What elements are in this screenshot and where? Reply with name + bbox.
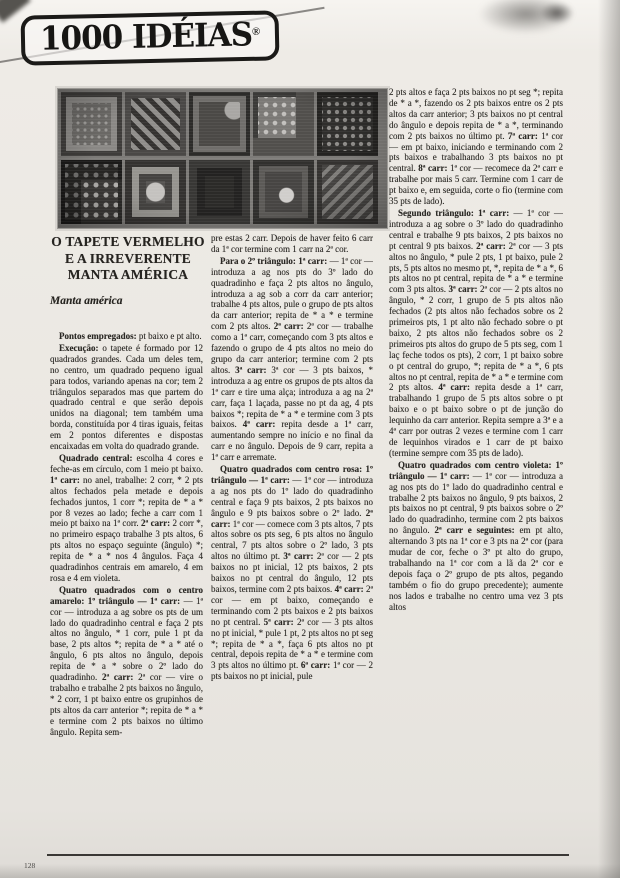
quilt-patch [189, 160, 250, 224]
quilt-patch [125, 160, 186, 224]
quilt-patch [317, 160, 378, 224]
text-column-3: 2 pts altos e faça 2 pts baixos no pt se… [389, 87, 563, 858]
paragraph: pre estas 2 carr. Depois de haver feito … [211, 233, 373, 255]
text-column-2: pre estas 2 carr. Depois de haver feito … [211, 233, 373, 858]
quilt-patch [253, 160, 314, 224]
registered-mark: ® [252, 26, 260, 38]
quilt-patch [61, 160, 122, 224]
scanned-page: 1000 IDÉIAS® O TAPETE VERMELHO E A IRREV… [0, 0, 620, 878]
bottom-rule [47, 854, 569, 856]
page-edge-shadow-bottom [0, 864, 620, 878]
paragraph: Para o 2º triângulo: 1ª carr: — 1ª cor —… [211, 256, 373, 463]
paragraph: Quatro quadrados com o centro amarelo: 1… [50, 585, 203, 738]
text-column-1: Pontos empregados: pt baixo e pt alto.Ex… [50, 331, 203, 858]
paragraph: Quatro quadrados com centro rosa: 1º tri… [211, 464, 373, 682]
rug-photo [57, 88, 388, 229]
paragraph: Quatro quadrados com centro violeta: 1º … [389, 460, 563, 613]
paragraph: Quadrado central: escolha 4 cores e fech… [50, 453, 203, 584]
quilt-patch [253, 92, 314, 156]
scan-smudge-dark [540, 2, 574, 24]
paragraph: Pontos empregados: pt baixo e pt alto. [50, 331, 203, 342]
magazine-logo-text: 1000 IDÉIAS [40, 16, 253, 58]
paragraph: 2 pts altos e faça 2 pts baixos no pt se… [389, 87, 563, 207]
quilt-patch [189, 92, 250, 156]
quilt-patch [317, 92, 378, 156]
article-title: O TAPETE VERMELHO E A IRREVERENTE MANTA … [50, 234, 206, 284]
quilt-patch [125, 92, 186, 156]
quilt-patch [61, 92, 122, 156]
section-label: Manta américa [50, 295, 206, 307]
page-edge-shadow-right [598, 0, 620, 878]
paragraph: Execução: o tapete é formado por 12 quad… [50, 343, 203, 452]
paragraph: Segundo triângulo: 1ª carr: — 1ª cor — i… [389, 208, 563, 459]
title-block: O TAPETE VERMELHO E A IRREVERENTE MANTA … [50, 234, 206, 307]
magazine-logo: 1000 IDÉIAS® [21, 10, 280, 65]
